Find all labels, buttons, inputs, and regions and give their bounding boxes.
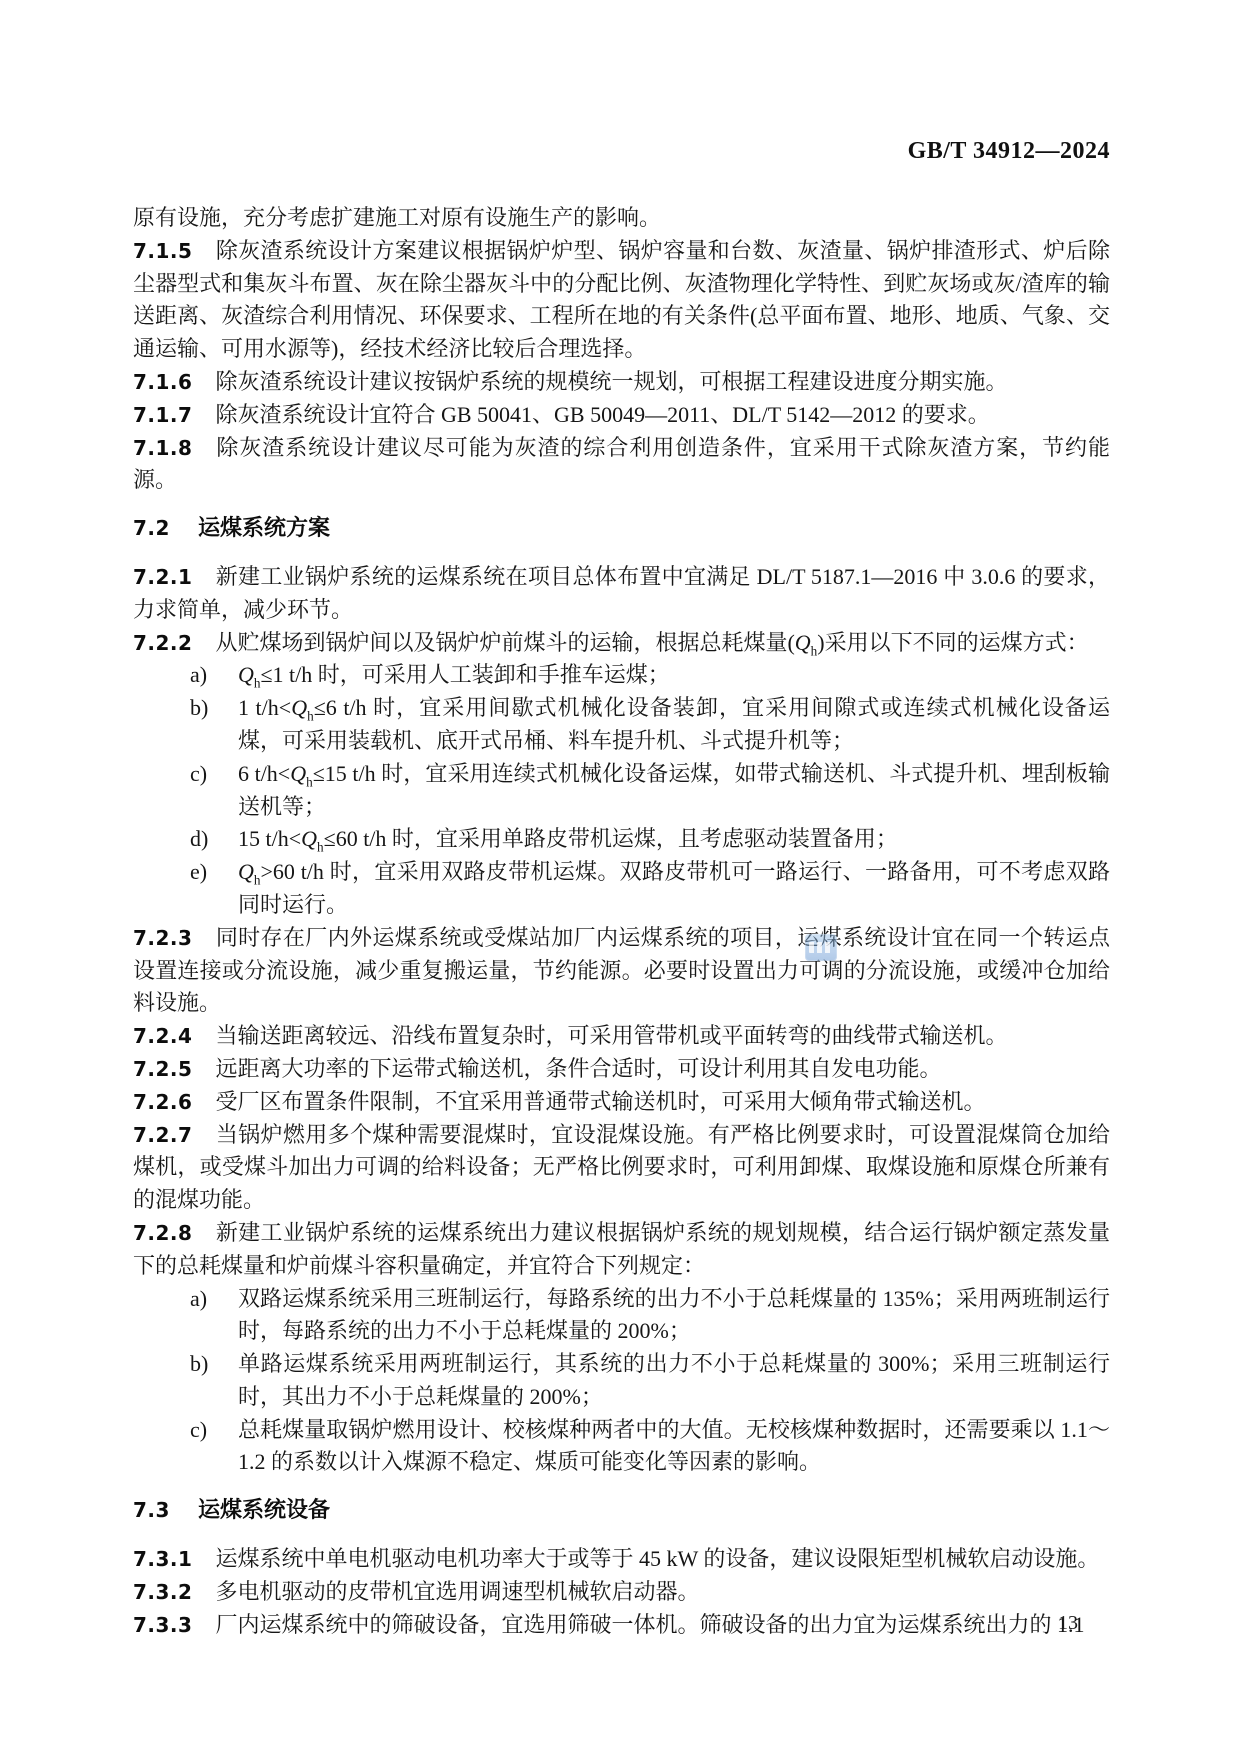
list-item: e)Qh>60 t/h 时，宜采用双路皮带机运煤。双路皮带机可一路运行、一路备用… xyxy=(133,856,1110,922)
paragraph-text: 新建工业锅炉系统的运煤系统在项目总体布置中宜满足 DL/T 5187.1—201… xyxy=(133,564,1110,622)
paragraph-text: 多电机驱动的皮带机宜选用调速型机械软启动器。 xyxy=(215,1579,699,1604)
document-page: GB/T 34912—2024 原有设施，充分考虑扩建施工对原有设施生产的影响。… xyxy=(0,0,1241,1755)
paragraph-text: 当锅炉燃用多个煤种需要混煤时，宜设混煤设施。有严格比例要求时，可设置混煤筒仓加给… xyxy=(133,1122,1110,1213)
clause-number: 7.3.3 xyxy=(133,1613,192,1637)
clause-number: 7.3.2 xyxy=(133,1580,192,1604)
list-item-text: 单路运煤系统采用两班制运行，其系统的出力不小于总耗煤量的 300%；采用三班制运… xyxy=(238,1348,1110,1414)
section-number: 7.2 xyxy=(133,516,170,540)
qh-variable: Qh xyxy=(238,859,260,884)
list-marker: a) xyxy=(190,659,238,692)
content-area: 原有设施，充分考虑扩建施工对原有设施生产的影响。7.1.5除灰渣系统设计方案建议… xyxy=(133,202,1110,1641)
paragraph-text: 厂内运煤系统中的筛破设备，宜选用筛破一体机。筛破设备的出力宜为运煤系统出力的 1… xyxy=(215,1612,1084,1637)
clause-number: 7.1.8 xyxy=(133,436,192,460)
section-number: 7.3 xyxy=(133,1498,170,1522)
list-marker: c) xyxy=(190,1414,238,1480)
paragraph-text: 运煤系统中单电机驱动电机功率大于或等于 45 kW 的设备，建议设限矩型机械软启… xyxy=(215,1546,1099,1571)
list-item-text: Qh>60 t/h 时，宜采用双路皮带机运煤。双路皮带机可一路运行、一路备用，可… xyxy=(238,856,1110,922)
list-item-text: 1 t/h<Qh≤6 t/h 时，宜采用间歇式机械化设备装卸，宜采用间隙式或连续… xyxy=(238,692,1110,758)
list-item: c)6 t/h<Qh≤15 t/h 时，宜采用连续式机械化设备运煤，如带式输送机… xyxy=(133,758,1110,824)
clause-number: 7.2.5 xyxy=(133,1057,192,1081)
paragraph-text: 受厂区布置条件限制，不宜采用普通带式输送机时，可采用大倾角带式输送机。 xyxy=(215,1089,985,1114)
qh-variable: Qh xyxy=(301,826,323,851)
paragraph-text: 从贮煤场到锅炉间以及锅炉炉前煤斗的运输，根据总耗煤量(Qh)采用以下不同的运煤方… xyxy=(215,630,1088,655)
clause-paragraph: 7.2.6受厂区布置条件限制，不宜采用普通带式输送机时，可采用大倾角带式输送机。 xyxy=(133,1086,1110,1119)
paragraph-text: 除灰渣系统设计宜符合 GB 50041、GB 50049—2011、DL/T 5… xyxy=(215,402,989,427)
paragraph-text: 除灰渣系统设计方案建议根据锅炉炉型、锅炉容量和台数、灰渣量、锅炉排渣形式、炉后除… xyxy=(133,238,1110,361)
clause-paragraph: 7.1.6除灰渣系统设计建议按锅炉系统的规模统一规划，可根据工程建设进度分期实施… xyxy=(133,366,1110,399)
standard-number-header: GB/T 34912—2024 xyxy=(908,138,1110,165)
clause-number: 7.2.4 xyxy=(133,1024,192,1048)
clause-paragraph: 7.3.2多电机驱动的皮带机宜选用调速型机械软启动器。 xyxy=(133,1576,1110,1609)
list-marker: c) xyxy=(190,758,238,824)
qh-variable: Qh xyxy=(290,761,312,786)
list-item-text: 15 t/h<Qh≤60 t/h 时，宜采用单路皮带机运煤，且考虑驱动装置备用； xyxy=(238,823,1110,856)
clause-paragraph: 7.2.7当锅炉燃用多个煤种需要混煤时，宜设混煤设施。有严格比例要求时，可设置混… xyxy=(133,1119,1110,1217)
clause-paragraph: 7.1.8除灰渣系统设计建议尽可能为灰渣的综合利用创造条件，宜采用干式除灰渣方案… xyxy=(133,432,1110,498)
paragraph-text: 除灰渣系统设计建议尽可能为灰渣的综合利用创造条件，宜采用干式除灰渣方案，节约能源… xyxy=(133,435,1110,493)
list-item-text: Qh≤1 t/h 时，可采用人工装卸和手推车运煤； xyxy=(238,659,1110,692)
list-item: b)1 t/h<Qh≤6 t/h 时，宜采用间歇式机械化设备装卸，宜采用间隙式或… xyxy=(133,692,1110,758)
clause-paragraph: 原有设施，充分考虑扩建施工对原有设施生产的影响。 xyxy=(133,202,1110,235)
clause-number: 7.1.6 xyxy=(133,370,192,394)
list-item: d)15 t/h<Qh≤60 t/h 时，宜采用单路皮带机运煤，且考虑驱动装置备… xyxy=(133,823,1110,856)
list-marker: b) xyxy=(190,692,238,758)
paragraph-text: 新建工业锅炉系统的运煤系统出力建议根据锅炉系统的规划规模，结合运行锅炉额定蒸发量… xyxy=(133,1220,1110,1278)
clause-number: 7.2.1 xyxy=(133,565,192,589)
section-title: 运煤系统设备 xyxy=(198,1498,330,1523)
clause-paragraph: 7.3.3厂内运煤系统中的筛破设备，宜选用筛破一体机。筛破设备的出力宜为运煤系统… xyxy=(133,1609,1110,1642)
list-item: a)Qh≤1 t/h 时，可采用人工装卸和手推车运煤； xyxy=(133,659,1110,692)
list-item: c)总耗煤量取锅炉燃用设计、校核煤种两者中的大值。无校核煤种数据时，还需要乘以 … xyxy=(133,1414,1110,1480)
paragraph-text: 原有设施，充分考虑扩建施工对原有设施生产的影响。 xyxy=(133,205,661,230)
clause-number: 7.2.2 xyxy=(133,631,192,655)
list-item: b)单路运煤系统采用两班制运行，其系统的出力不小于总耗煤量的 300%；采用三班… xyxy=(133,1348,1110,1414)
clause-number: 7.3.1 xyxy=(133,1547,192,1571)
list-item: a)双路运煤系统采用三班制运行，每路系统的出力不小于总耗煤量的 135%；采用两… xyxy=(133,1283,1110,1349)
clause-paragraph: 7.2.8新建工业锅炉系统的运煤系统出力建议根据锅炉系统的规划规模，结合运行锅炉… xyxy=(133,1217,1110,1283)
paragraph-text: 远距离大功率的下运带式输送机，条件合适时，可设计利用其自发电功能。 xyxy=(215,1056,941,1081)
list-item-text: 双路运煤系统采用三班制运行，每路系统的出力不小于总耗煤量的 135%；采用两班制… xyxy=(238,1283,1110,1349)
list-item-text: 总耗煤量取锅炉燃用设计、校核煤种两者中的大值。无校核煤种数据时，还需要乘以 1.… xyxy=(238,1414,1110,1480)
clause-paragraph: 7.1.5除灰渣系统设计方案建议根据锅炉炉型、锅炉容量和台数、灰渣量、锅炉排渣形… xyxy=(133,235,1110,366)
clause-paragraph: 7.2.5远距离大功率的下运带式输送机，条件合适时，可设计利用其自发电功能。 xyxy=(133,1053,1110,1086)
paragraph-text: 除灰渣系统设计建议按锅炉系统的规模统一规划，可根据工程建设进度分期实施。 xyxy=(215,369,1007,394)
paragraph-text: 同时存在厂内外运煤系统或受煤站加厂内运煤系统的项目，运煤系统设计宜在同一个转运点… xyxy=(133,925,1110,1016)
page-number: 13 xyxy=(1058,1612,1078,1635)
section-heading: 7.2运煤系统方案 xyxy=(133,512,1110,546)
clause-paragraph: 7.3.1运煤系统中单电机驱动电机功率大于或等于 45 kW 的设备，建议设限矩… xyxy=(133,1543,1110,1576)
qh-variable: Qh xyxy=(795,630,817,655)
list-marker: b) xyxy=(190,1348,238,1414)
section-heading: 7.3运煤系统设备 xyxy=(133,1494,1110,1528)
clause-number: 7.2.3 xyxy=(133,926,192,950)
clause-paragraph: 7.1.7除灰渣系统设计宜符合 GB 50041、GB 50049—2011、D… xyxy=(133,399,1110,432)
paragraph-text: 当输送距离较远、沿线布置复杂时，可采用管带机或平面转弯的曲线带式输送机。 xyxy=(215,1023,1007,1048)
clause-paragraph: 7.2.2从贮煤场到锅炉间以及锅炉炉前煤斗的运输，根据总耗煤量(Qh)采用以下不… xyxy=(133,627,1110,660)
clause-number: 7.2.7 xyxy=(133,1123,192,1147)
list-marker: e) xyxy=(190,856,238,922)
list-marker: a) xyxy=(190,1283,238,1349)
clause-paragraph: 7.2.3同时存在厂内外运煤系统或受煤站加厂内运煤系统的项目，运煤系统设计宜在同… xyxy=(133,922,1110,1020)
clause-number: 7.1.7 xyxy=(133,403,192,427)
list-item-text: 6 t/h<Qh≤15 t/h 时，宜采用连续式机械化设备运煤，如带式输送机、斗… xyxy=(238,758,1110,824)
clause-number: 7.2.8 xyxy=(133,1221,192,1245)
qh-variable: Qh xyxy=(238,662,260,687)
qh-variable: Qh xyxy=(291,695,313,720)
watermark-badge xyxy=(805,934,837,961)
clause-number: 7.1.5 xyxy=(133,239,192,263)
section-title: 运煤系统方案 xyxy=(198,516,330,541)
clause-paragraph: 7.2.1新建工业锅炉系统的运煤系统在项目总体布置中宜满足 DL/T 5187.… xyxy=(133,561,1110,627)
list-marker: d) xyxy=(190,823,238,856)
clause-paragraph: 7.2.4当输送距离较远、沿线布置复杂时，可采用管带机或平面转弯的曲线带式输送机… xyxy=(133,1020,1110,1053)
clause-number: 7.2.6 xyxy=(133,1090,192,1114)
